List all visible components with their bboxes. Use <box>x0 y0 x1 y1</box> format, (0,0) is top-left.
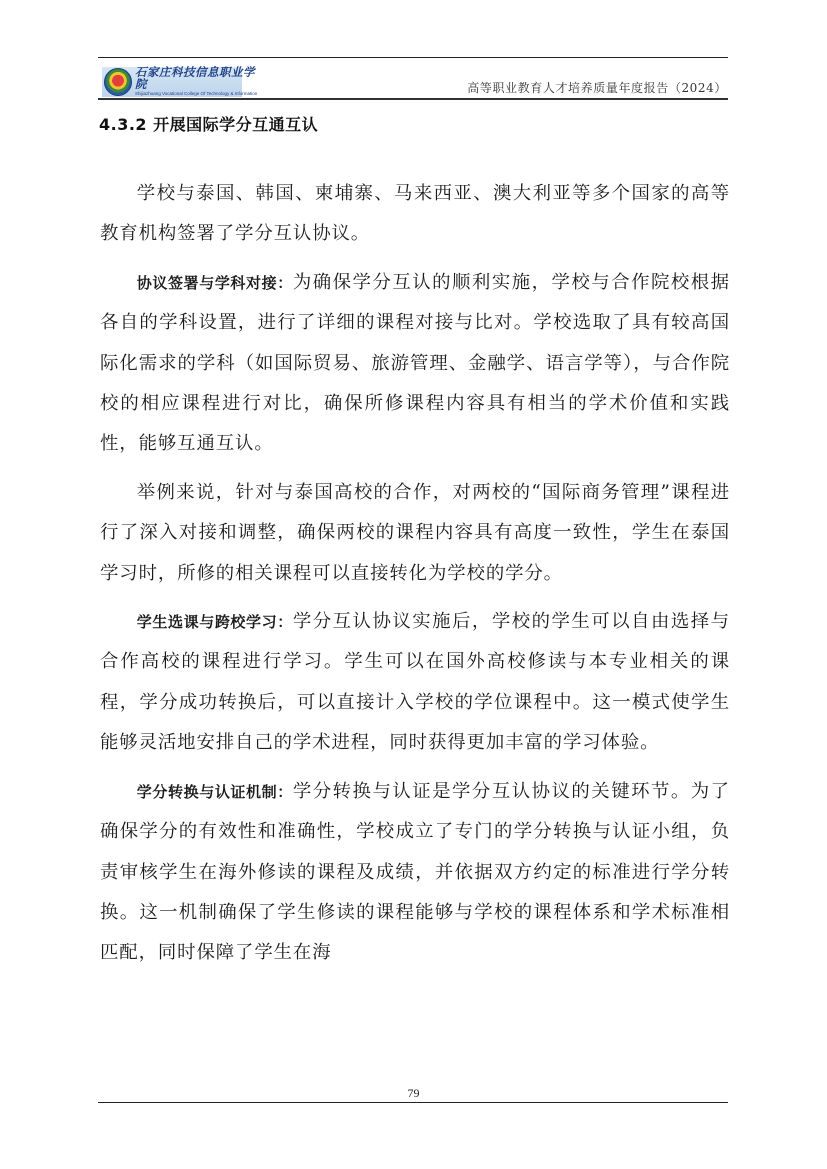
school-emblem-icon <box>104 68 132 96</box>
paragraph-text: 学校与泰国、韩国、柬埔寨、马来西亚、澳大利亚等多个国家的高等教育机构签署了学分互… <box>100 183 730 244</box>
header-top-rule <box>98 57 728 58</box>
footer-rule <box>98 1102 728 1103</box>
paragraph-text: 为确保学分互认的顺利实施，学校与合作院校根据各自的学科设置，进行了详细的课程对接… <box>100 272 730 455</box>
report-title: 高等职业教育人才培养质量年度报告（2024） <box>467 79 727 96</box>
paragraph-lead: 学分转换与认证机制： <box>137 783 293 801</box>
section-heading: 4.3.2 开展国际学分互通互认 <box>99 112 318 135</box>
logo-name-en: Shijiazhuang Vocational College Of Techn… <box>135 92 257 97</box>
paragraph-text: 举例来说，针对与泰国高校的合作，对两校的“国际商务管理”课程进行了深入对接和调整… <box>100 482 730 584</box>
paragraph-text: 学分互认协议实施后，学校的学生可以自由选择与合作高校的课程进行学习。学生可以在国… <box>100 611 730 753</box>
page-number: 79 <box>0 1086 827 1101</box>
paragraph-credit-transfer: 学分转换与认证机制：学分转换与认证是学分互认协议的关键环节。为了确保学分的有效性… <box>100 772 730 974</box>
body-content: 学校与泰国、韩国、柬埔寨、马来西亚、澳大利亚等多个国家的高等教育机构签署了学分互… <box>100 174 730 974</box>
logo-name-cn: 石家庄科技信息职业学院 <box>135 67 257 90</box>
paragraph-agreement: 协议签署与学科对接：为确保学分互认的顺利实施，学校与合作院校根据各自的学科设置，… <box>100 263 730 465</box>
paragraph-lead: 学生选课与跨校学习： <box>137 613 293 631</box>
paragraph-lead: 协议签署与学科对接： <box>137 274 293 292</box>
college-logo: 石家庄科技信息职业学院 Shijiazhuang Vocational Coll… <box>102 67 242 97</box>
paragraph-example: 举例来说，针对与泰国高校的合作，对两校的“国际商务管理”课程进行了深入对接和调整… <box>100 473 730 594</box>
paragraph-text: 学分转换与认证是学分互认协议的关键环节。为了确保学分的有效性和准确性，学校成立了… <box>100 781 730 964</box>
paragraph-course-selection: 学生选课与跨校学习：学分互认协议实施后，学校的学生可以自由选择与合作高校的课程进… <box>100 602 730 764</box>
paragraph-intro: 学校与泰国、韩国、柬埔寨、马来西亚、澳大利亚等多个国家的高等教育机构签署了学分互… <box>100 174 730 255</box>
logo-text: 石家庄科技信息职业学院 Shijiazhuang Vocational Coll… <box>135 67 257 97</box>
header-rule <box>98 98 728 100</box>
